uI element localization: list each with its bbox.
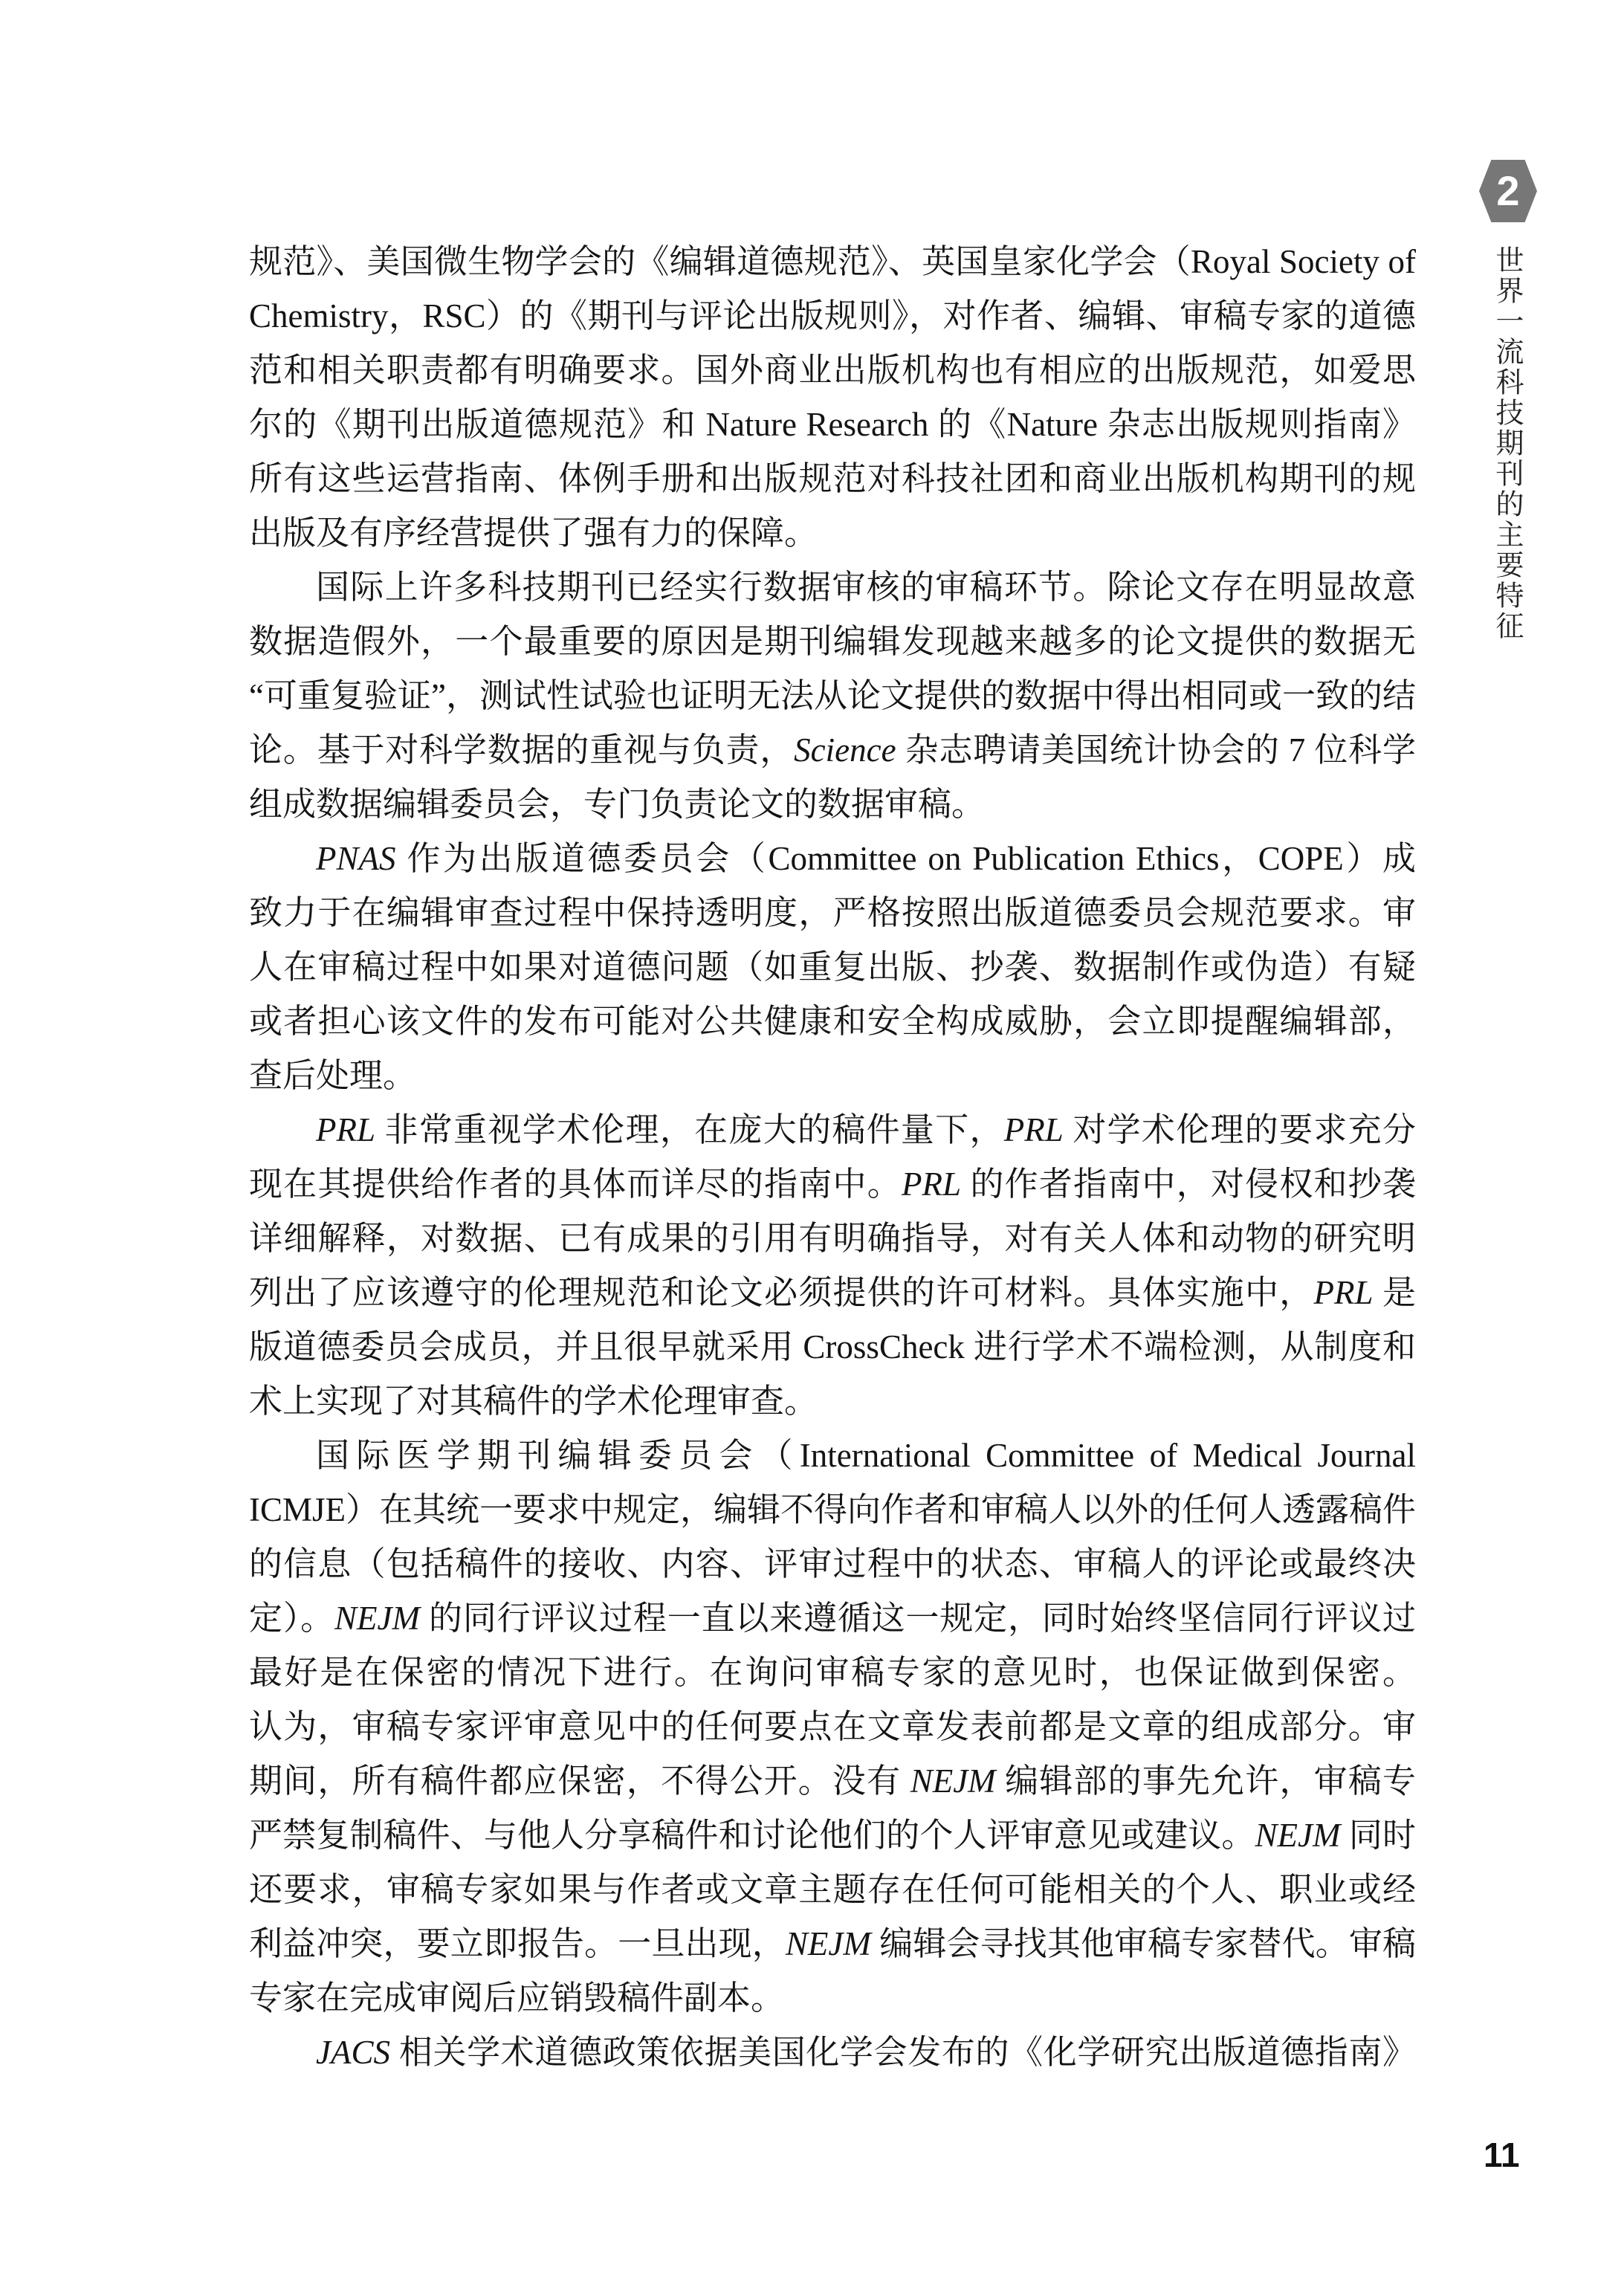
text-segment: 非常重视学术伦理，在庞大的稿件量下， [375,1111,1004,1148]
text-line: 国际上许多科技期刊已经实行数据审核的审稿环节。除论文存在明显故意的 [249,560,1416,615]
journal-name: PRL [902,1166,961,1203]
journal-name: NEJM [910,1762,996,1800]
text-line: 致力于在编辑审查过程中保持透明度，严格按照出版道德委员会规范要求。审稿 [249,886,1416,940]
text-line: 规范》、美国微生物学会的《编辑道德规范》、英国皇家化学会（Royal Socie… [249,235,1416,289]
text-segment: 查后处理。 [249,1057,416,1094]
text-segment: 的信息（包括稿件的接收、内容、评审过程中的状态、审稿人的评论或最终决 [249,1545,1416,1583]
text-segment: 人在审稿过程中如果对道德问题（如重复出版、抄袭、数据制作或伪造）有疑虑 [249,948,1416,995]
text-line: 详细解释，对数据、已有成果的引用有明确指导，对有关人体和动物的研究明确 [249,1212,1416,1266]
text-line: 定）。NEJM 的同行评议过程一直以来遵循这一规定，同时始终坚信同行评议过程 [249,1591,1416,1646]
text-line: 还要求，审稿专家如果与作者或文章主题存在任何可能相关的个人、职业或经济 [249,1863,1416,1917]
journal-name: PRL [1314,1274,1374,1311]
text-segment: 利益冲突，要立即报告。一旦出现， [249,1925,786,1962]
journal-name: NEJM [786,1925,871,1962]
text-segment: 尔的《期刊出版道德规范》和 Nature Research 的《Nature 杂… [249,406,1416,452]
text-segment: 版道德委员会成员，并且很早就采用 CrossCheck 进行学术不端检测，从制度… [249,1328,1416,1374]
text-segment: Chemistry，RSC）的《期刊与评论出版规则》，对作者、编辑、审稿专家的道… [249,297,1416,343]
text-segment: 专家在完成审阅后应销毁稿件副本。 [249,1979,784,2017]
text-line: 认为，审稿专家评审意见中的任何要点在文章发表前都是文章的组成部分。审稿 [249,1700,1416,1754]
text-line: 查后处理。 [249,1049,1416,1103]
text-segment: 出版及有序经营提供了强有力的保障。 [249,514,818,552]
text-segment: 详细解释，对数据、已有成果的引用有明确指导，对有关人体和动物的研究明确 [249,1220,1416,1266]
text-line: 利益冲突，要立即报告。一旦出现，NEJM 编辑会寻找其他审稿专家替代。审稿 [249,1917,1416,1971]
text-segment: “可重复验证”，测试性试验也证明无法从论文提供的数据中得出相同或一致的结 [249,677,1416,714]
journal-name: Science [794,731,896,769]
text-line: 或者担心该文件的发布可能对公共健康和安全构成威胁，会立即提醒编辑部，调 [249,995,1416,1049]
book-page: 规范》、美国微生物学会的《编辑道德规范》、英国皇家化学会（Royal Socie… [0,0,1624,2282]
journal-name: PRL [316,1111,375,1148]
journal-name: JACS [316,2034,390,2071]
chapter-badge: 2 [1479,160,1537,222]
text-segment: 致力于在编辑审查过程中保持透明度，严格按照出版道德委员会规范要求。审稿 [249,894,1416,940]
text-segment: 严禁复制稿件、与他人分享稿件和讨论他们的个人评审意见或建议。 [249,1817,1255,1854]
text-segment: 最好是在保密的情况下进行。在询问审稿专家的意见时，也保证做到保密。 [249,1654,1416,1691]
text-segment: 范和相关职责都有明确要求。国外商业出版机构也有相应的出版规范，如爱思唯 [249,352,1416,398]
text-line: “可重复验证”，测试性试验也证明无法从论文提供的数据中得出相同或一致的结 [249,669,1416,723]
text-segment: 术上实现了对其稿件的学术伦理审查。 [249,1383,818,1420]
text-segment: 编辑会寻找其他审稿专家替代。审稿 [871,1925,1416,1962]
text-line: PNAS 作为出版道德委员会（Committee on Publication … [249,832,1416,886]
body-text: 规范》、美国微生物学会的《编辑道德规范》、英国皇家化学会（Royal Socie… [249,235,1416,2080]
text-segment: 期间，所有稿件都应保密，不得公开。没有 [249,1762,910,1800]
text-line: 尔的《期刊出版道德规范》和 Nature Research 的《Nature 杂… [249,398,1416,452]
text-segment: 论。基于对科学数据的重视与负责， [249,731,794,769]
text-line: 专家在完成审阅后应销毁稿件副本。 [249,1971,1416,2026]
journal-name: PNAS [316,840,396,877]
sidebar-chapter-title: 世界一流科技期刊的主要特征 [1486,245,1527,641]
text-line: 范和相关职责都有明确要求。国外商业出版机构也有相应的出版规范，如爱思唯 [249,343,1416,398]
text-segment: 还要求，审稿专家如果与作者或文章主题存在任何可能相关的个人、职业或经济 [249,1871,1416,1917]
text-segment: 国际上许多科技期刊已经实行数据审核的审稿环节。除论文存在明显故意的 [249,569,1416,615]
text-segment: 国际医学期刊编辑委员会（International Committee of M… [249,1437,1416,1483]
text-segment: 定）。 [249,1600,334,1637]
text-segment: 列出了应该遵守的伦理规范和论文必须提供的许可材料。具体实施中， [249,1274,1314,1311]
text-line: ICMJE）在其统一要求中规定，编辑不得向作者和审稿人以外的任何人透露稿件 [249,1483,1416,1537]
text-line: 严禁复制稿件、与他人分享稿件和讨论他们的个人评审意见或建议。NEJM 同时 [249,1809,1416,1863]
text-segment: 同时 [1341,1817,1417,1854]
text-line: 国际医学期刊编辑委员会（International Committee of M… [249,1429,1416,1483]
text-segment: 数据造假外，一个最重要的原因是期刊编辑发现越来越多的论文提供的数据无法 [249,623,1416,669]
text-line: 的信息（包括稿件的接收、内容、评审过程中的状态、审稿人的评论或最终决 [249,1537,1416,1591]
text-segment: 作为出版道德委员会（Committee on Publication Ethic… [249,840,1416,886]
chapter-number: 2 [1496,160,1519,222]
text-segment: 认为，审稿专家评审意见中的任何要点在文章发表前都是文章的组成部分。审稿 [249,1708,1416,1754]
text-line: 术上实现了对其稿件的学术伦理审查。 [249,1374,1416,1429]
text-segment: 相关学术道德政策依据美国化学会发布的《化学研究出版道德指南》 [390,2034,1416,2071]
text-line: 现在其提供给作者的具体而详尽的指南中。PRL 的作者指南中，对侵权和抄袭有 [249,1157,1416,1212]
text-line: JACS 相关学术道德政策依据美国化学会发布的《化学研究出版道德指南》 [249,2026,1416,2080]
text-line: 列出了应该遵守的伦理规范和论文必须提供的许可材料。具体实施中，PRL 是出 [249,1266,1416,1320]
text-line: Chemistry，RSC）的《期刊与评论出版规则》，对作者、编辑、审稿专家的道… [249,289,1416,343]
journal-name: PRL [1004,1111,1064,1148]
text-segment: 现在其提供给作者的具体而详尽的指南中。 [249,1166,902,1203]
page-number: 11 [1484,2135,1520,2175]
text-line: 版道德委员会成员，并且很早就采用 CrossCheck 进行学术不端检测，从制度… [249,1320,1416,1374]
text-line: 期间，所有稿件都应保密，不得公开。没有 NEJM 编辑部的事先允许，审稿专家 [249,1754,1416,1809]
text-segment: 所有这些运营指南、体例手册和出版规范对科技社团和商业出版机构期刊的规范 [249,460,1416,506]
text-line: 人在审稿过程中如果对道德问题（如重复出版、抄袭、数据制作或伪造）有疑虑 [249,940,1416,995]
text-segment: 组成数据编辑委员会，专门负责论文的数据审稿。 [249,786,985,823]
text-line: 论。基于对科学数据的重视与负责，Science 杂志聘请美国统计协会的 7 位科… [249,723,1416,778]
text-line: PRL 非常重视学术伦理，在庞大的稿件量下，PRL 对学术伦理的要求充分体 [249,1103,1416,1157]
text-line: 出版及有序经营提供了强有力的保障。 [249,506,1416,560]
text-line: 数据造假外，一个最重要的原因是期刊编辑发现越来越多的论文提供的数据无法 [249,615,1416,669]
text-segment: 规范》、美国微生物学会的《编辑道德规范》、英国皇家化学会（Royal Socie… [249,243,1416,280]
text-segment: 或者担心该文件的发布可能对公共健康和安全构成威胁，会立即提醒编辑部，调 [249,1003,1416,1049]
journal-name: NEJM [334,1600,420,1637]
text-line: 组成数据编辑委员会，专门负责论文的数据审稿。 [249,778,1416,832]
text-line: 最好是在保密的情况下进行。在询问审稿专家的意见时，也保证做到保密。NEJM [249,1646,1416,1700]
text-segment: ICMJE）在其统一要求中规定，编辑不得向作者和审稿人以外的任何人透露稿件 [249,1491,1416,1528]
journal-name: NEJM [1255,1817,1341,1854]
text-segment: 的同行评议过程一直以来遵循这一规定，同时始终坚信同行评议过程 [249,1600,1416,1646]
text-line: 所有这些运营指南、体例手册和出版规范对科技社团和商业出版机构期刊的规范 [249,452,1416,506]
